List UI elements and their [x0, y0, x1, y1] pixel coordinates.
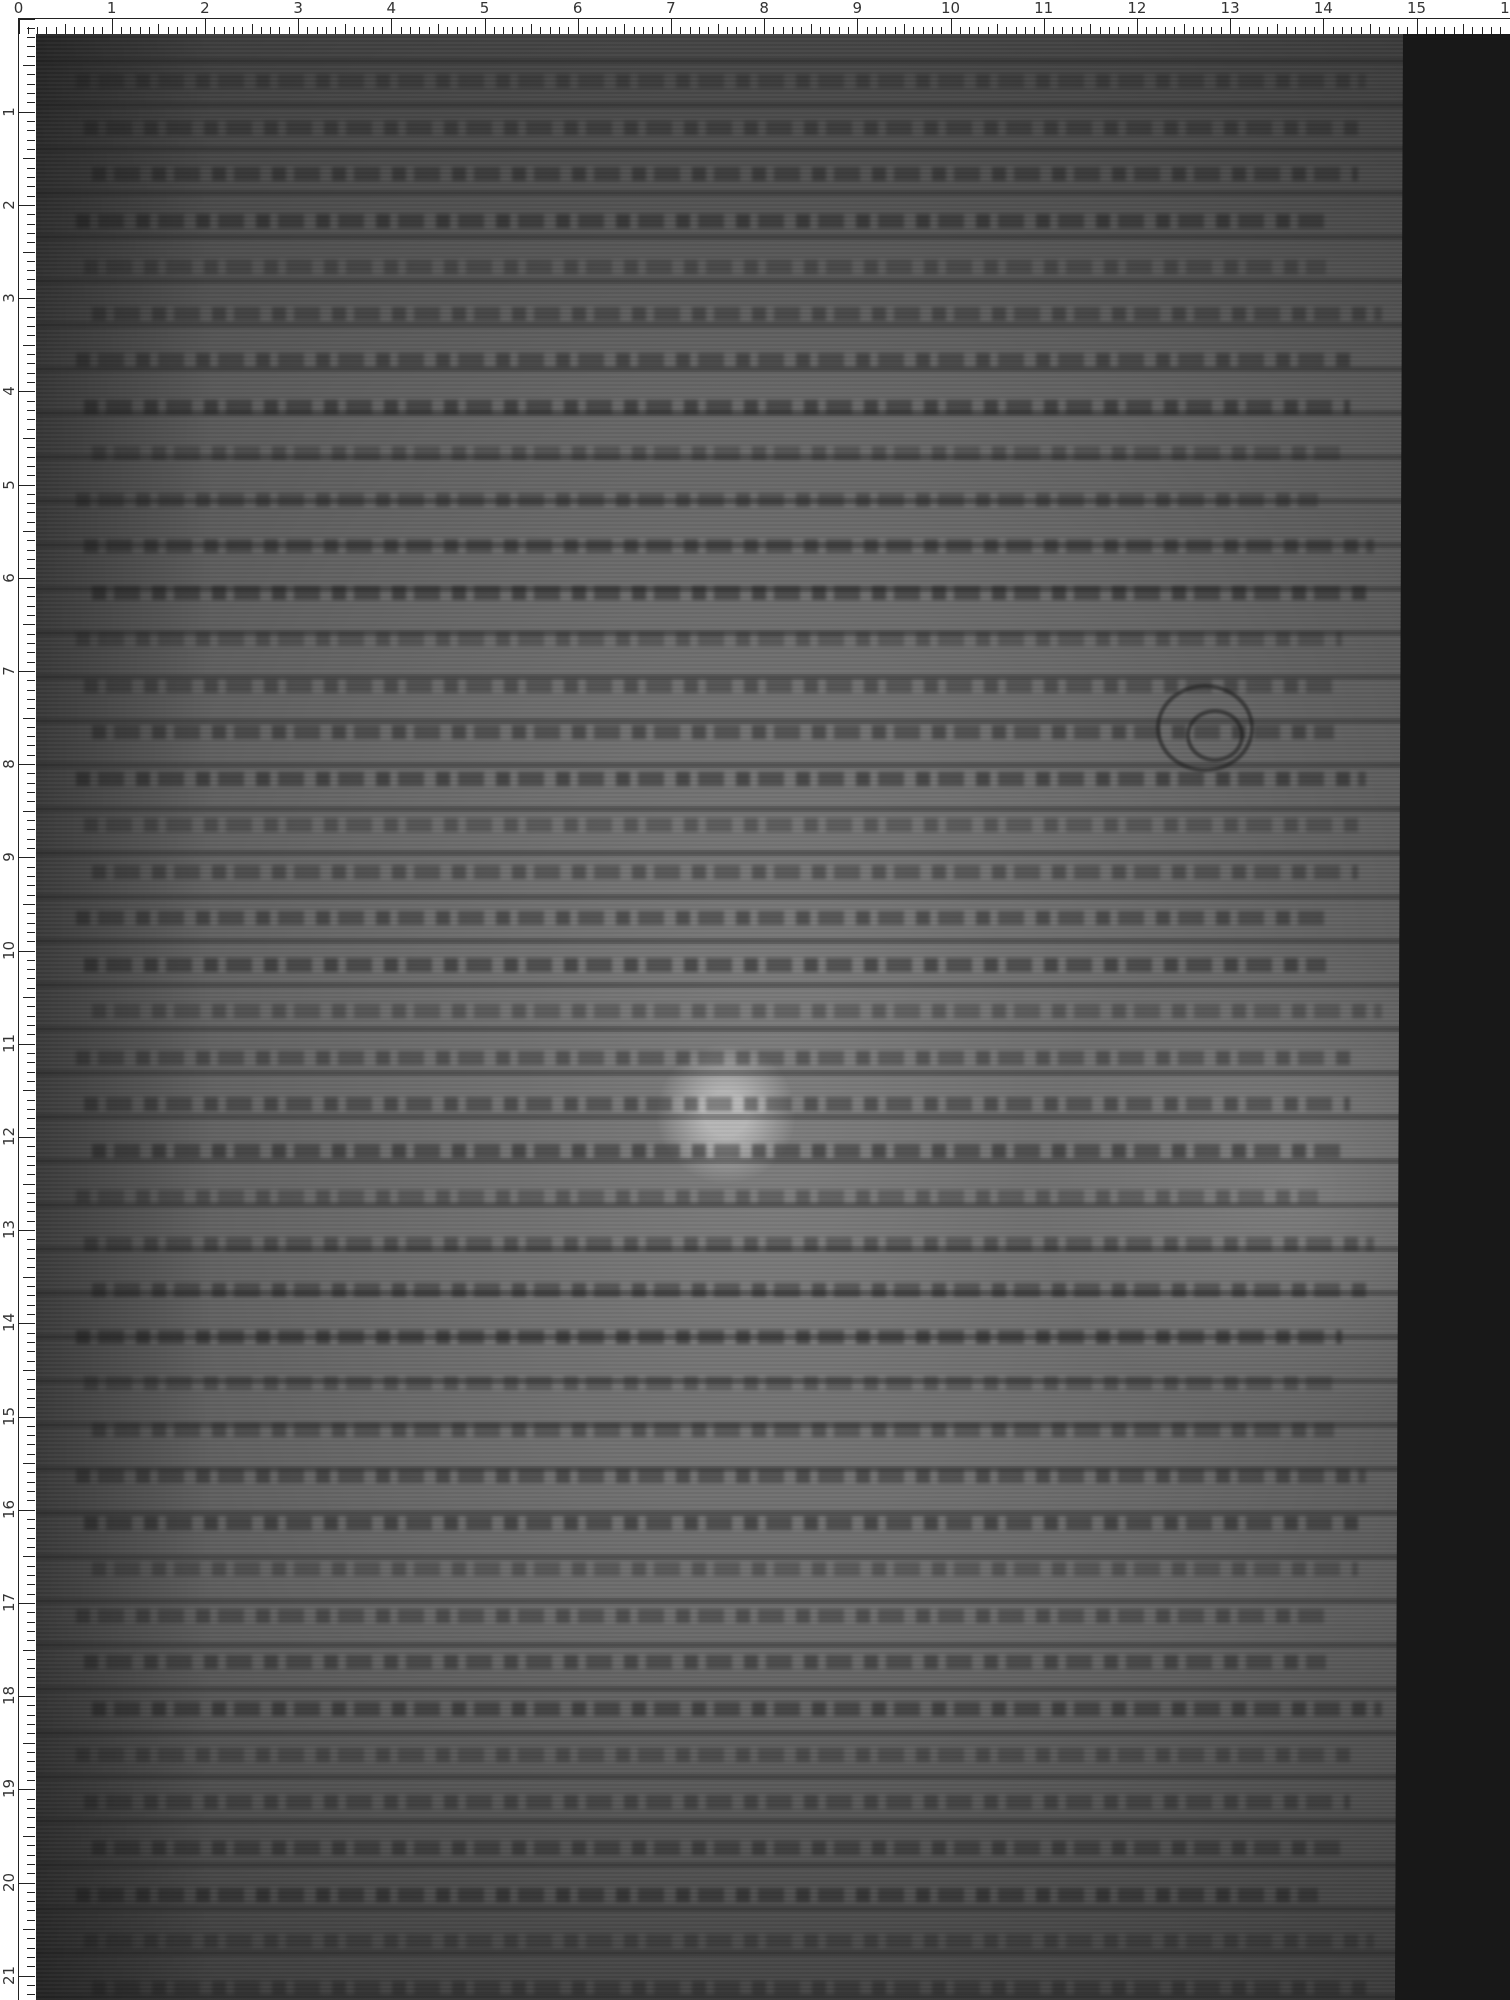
ruler-tick [46, 27, 47, 34]
ruler-tick [1156, 27, 1157, 34]
ruler-tick [466, 27, 467, 34]
ruler-tick [382, 27, 383, 34]
ruler-tick [27, 1100, 35, 1101]
ruler-tick [18, 1044, 35, 1045]
left-ruler-label: 11 [1, 1035, 17, 1053]
ruler-tick [624, 24, 625, 34]
ruler-tick [27, 1724, 35, 1725]
ruler-tick [27, 1500, 35, 1501]
ruler-tick [27, 326, 35, 327]
ruler-tick [298, 19, 299, 34]
ruler-tick [27, 1901, 35, 1902]
ruler-tick [1193, 27, 1194, 34]
top-ruler-label: 4 [387, 0, 397, 16]
ruler-tick [699, 27, 700, 34]
ruler-tick [27, 84, 35, 85]
ruler-tick [1491, 27, 1492, 34]
left-ruler-label: 8 [1, 755, 17, 773]
left-ruler-label: 1 [1, 103, 17, 121]
ruler-tick [27, 1426, 35, 1427]
ruler-tick [419, 27, 420, 34]
handwriting-line [92, 1981, 1370, 1995]
ruler-tick [27, 596, 35, 597]
ruler-tick [27, 867, 35, 868]
ruler-tick [27, 130, 35, 131]
handwriting-line [84, 400, 1350, 414]
ruler-tick [503, 27, 504, 34]
top-ruler-label: 5 [480, 0, 490, 16]
ruler-tick [829, 27, 830, 34]
ruler-tick [27, 447, 35, 448]
ruler-tick [27, 1538, 35, 1539]
ruler-tick [27, 568, 35, 569]
ruler-tick [401, 27, 402, 34]
ruler-tick [27, 615, 35, 616]
handwriting-line [84, 1934, 1374, 1948]
ruler-tick [27, 913, 35, 914]
ruler-tick [27, 1677, 35, 1678]
ruler-tick [18, 578, 35, 579]
ruler-tick [1211, 27, 1212, 34]
top-ruler-label: 3 [293, 0, 303, 16]
ruler-tick [867, 27, 868, 34]
ruler-tick [27, 28, 35, 29]
left-ruler-label: 18 [1, 1687, 17, 1705]
ruler-tick [23, 438, 35, 439]
ruler-tick [27, 419, 35, 420]
manuscript-scan-image [36, 34, 1510, 2000]
ruler-tick [214, 27, 215, 34]
ruler-tick [1137, 19, 1138, 34]
ruler-tick [18, 1230, 35, 1231]
ruler-tick [1370, 24, 1371, 34]
ruler-tick [27, 1221, 35, 1222]
ruler-tick [662, 27, 663, 34]
handwriting-line [84, 1795, 1350, 1809]
ruler-tick [1174, 27, 1175, 34]
ruler-tick [941, 27, 942, 34]
ruler-tick [27, 149, 35, 150]
ruler-tick [988, 27, 989, 34]
ruler-tick [913, 27, 914, 34]
ruler-tick [27, 1622, 35, 1623]
handwriting-line [84, 539, 1374, 553]
top-ruler-label: 0 [14, 0, 24, 16]
ruler-tick [196, 27, 197, 34]
handwriting-line [76, 1330, 1342, 1344]
ruler-tick [1417, 19, 1418, 34]
handwriting-line [76, 493, 1318, 507]
ruler-tick [27, 1948, 35, 1949]
ruler-tick [27, 1156, 35, 1157]
handwriting-line [84, 260, 1326, 274]
ruler-tick [27, 1295, 35, 1296]
ruler-tick [23, 624, 35, 625]
handwriting-line [84, 679, 1338, 693]
ruler-tick [27, 1165, 35, 1166]
ruler-tick [27, 820, 35, 821]
ruler-tick [27, 410, 35, 411]
handwriting-line [76, 74, 1366, 88]
ruler-tick [27, 1519, 35, 1520]
ruler-tick [848, 27, 849, 34]
left-ruler-label: 13 [1, 1221, 17, 1239]
left-ruler-label: 3 [1, 289, 17, 307]
ruler-tick [1109, 27, 1110, 34]
handwriting-line [92, 1423, 1334, 1437]
ruler-tick [27, 363, 35, 364]
ruler-tick [1034, 27, 1035, 34]
ruler-tick [27, 373, 35, 374]
ruler-tick [27, 224, 35, 225]
ruler-tick [615, 27, 616, 34]
ruler-tick [23, 345, 35, 346]
ruler-tick [27, 988, 35, 989]
ruler-tick [522, 27, 523, 34]
left-ruler-label: 2 [1, 196, 17, 214]
handwriting-line [76, 214, 1330, 228]
ruler-tick [27, 652, 35, 653]
ruler-tick [1072, 27, 1073, 34]
ruler-tick [27, 1873, 35, 1874]
left-ruler-label: 19 [1, 1780, 17, 1798]
top-ruler-label: 7 [666, 0, 676, 16]
ruler-tick [27, 1146, 35, 1147]
ruler-tick [102, 27, 103, 34]
ruler-tick [205, 19, 206, 34]
ruler-tick [1202, 27, 1203, 34]
ruler-tick [27, 1966, 35, 1967]
ruler-tick [27, 848, 35, 849]
ruler-tick [84, 27, 85, 34]
handwriting-line [92, 167, 1358, 181]
ruler-tick [345, 24, 346, 34]
ruler-tick [23, 252, 35, 253]
ruler-tick [27, 690, 35, 691]
ruler-tick [23, 1556, 35, 1557]
ruler-tick [27, 1845, 35, 1846]
ruler-tick [27, 634, 35, 635]
handwriting-line [84, 818, 1362, 832]
handwriting-line [84, 121, 1362, 135]
ruler-tick [252, 24, 253, 34]
ruler-tick [18, 391, 35, 392]
ruler-tick [23, 1836, 35, 1837]
ruler-tick [27, 895, 35, 896]
ruler-tick [27, 606, 35, 607]
ruler-tick [373, 27, 374, 34]
ruler-tick [19, 19, 20, 34]
ruler-tick [27, 1584, 35, 1585]
ruler-tick [27, 1174, 35, 1175]
handwriting-line [84, 1097, 1350, 1111]
ruler-tick [457, 27, 458, 34]
ruler-tick [27, 168, 35, 169]
ruler-tick [587, 27, 588, 34]
ruler-tick [23, 1650, 35, 1651]
handwriting-line [84, 1376, 1338, 1390]
handwriting-line [92, 1004, 1382, 1018]
ruler-tick [27, 74, 35, 75]
ruler-tick [18, 1323, 35, 1324]
ruler-tick [27, 522, 35, 523]
ruler-tick [606, 27, 607, 34]
ruler-tick [429, 27, 430, 34]
ruler-tick [270, 27, 271, 34]
handwriting-line [92, 1144, 1346, 1158]
ruler-tick [27, 1454, 35, 1455]
ruler-tick [718, 24, 719, 34]
ruler-tick [895, 27, 896, 34]
ruler-tick [783, 27, 784, 34]
ruler-tick [27, 1351, 35, 1352]
ruler-tick [792, 27, 793, 34]
top-ruler-label: 10 [941, 0, 960, 16]
ruler-tick [27, 1062, 35, 1063]
ruler-tick [27, 335, 35, 336]
ruler-tick [121, 27, 122, 34]
ruler-tick [820, 27, 821, 34]
ruler-tick [27, 121, 35, 122]
ruler-tick [680, 27, 681, 34]
ruler-tick [27, 270, 35, 271]
ruler-tick [27, 1752, 35, 1753]
ruler-tick [261, 27, 262, 34]
ruler-tick [27, 1566, 35, 1567]
ruler-tick [27, 1118, 35, 1119]
ruler-tick [27, 1594, 35, 1595]
ruler-tick [27, 1864, 35, 1865]
ruler-tick [27, 233, 35, 234]
ruler-tick [27, 1528, 35, 1529]
ruler-tick [27, 745, 35, 746]
ruler-tick [27, 1761, 35, 1762]
ruler-tick [27, 1482, 35, 1483]
ruler-tick [27, 1985, 35, 1986]
ruler-tick [18, 19, 35, 20]
ruler-tick [27, 354, 35, 355]
ruler-tick [158, 24, 159, 34]
ruler-tick [27, 46, 35, 47]
ruler-tick [27, 1994, 35, 1995]
ruler-tick [27, 1799, 35, 1800]
ruler-tick [65, 24, 66, 34]
ruler-tick [18, 1510, 35, 1511]
ruler-tick [1081, 27, 1082, 34]
ruler-tick [27, 1128, 35, 1129]
handwriting-line [92, 725, 1334, 739]
handwriting-line [76, 632, 1342, 646]
ruler-tick [1361, 27, 1362, 34]
ruler-tick [1472, 27, 1473, 34]
ruler-tick [578, 19, 579, 34]
ruler-tick [177, 27, 178, 34]
ruler-tick [242, 27, 243, 34]
ruler-tick [550, 27, 551, 34]
ruler-tick [1379, 27, 1380, 34]
ruler-tick [27, 801, 35, 802]
ruler-tick [876, 27, 877, 34]
handwriting-line [76, 772, 1366, 786]
top-ruler-label: 12 [1127, 0, 1146, 16]
ruler-tick [27, 279, 35, 280]
top-ruler-label: 15 [1407, 0, 1426, 16]
ruler-tick [1016, 27, 1017, 34]
ruler-tick [540, 27, 541, 34]
ruler-tick [307, 27, 308, 34]
ruler-tick [27, 317, 35, 318]
handwriting-line [76, 1609, 1330, 1623]
ruler-border-left [18, 18, 19, 2000]
ruler-tick [27, 1053, 35, 1054]
handwriting-line [76, 1051, 1354, 1065]
ruler-tick [1239, 27, 1240, 34]
ruler-tick [1500, 27, 1501, 34]
ruler-tick [1267, 27, 1268, 34]
handwriting-line [76, 1469, 1366, 1483]
ruler-tick [27, 839, 35, 840]
ruler-tick [27, 1817, 35, 1818]
ruler-tick [317, 27, 318, 34]
ruler-tick [18, 1883, 35, 1884]
ruler-tick [857, 19, 858, 34]
ruler-tick [1221, 27, 1222, 34]
ruler-tick [27, 102, 35, 103]
ruler-tick [186, 27, 187, 34]
handwriting-line [84, 1516, 1362, 1530]
ruler-tick [18, 1603, 35, 1604]
ruler-tick [27, 1258, 35, 1259]
ruler-tick [27, 1612, 35, 1613]
ruler-tick [27, 643, 35, 644]
ruler-tick [23, 718, 35, 719]
ruler-tick [27, 214, 35, 215]
ruler-tick [27, 37, 35, 38]
ruler-tick [1435, 27, 1436, 34]
ruler-tick [27, 1715, 35, 1716]
ruler-tick [27, 289, 35, 290]
ruler-tick [27, 1249, 35, 1250]
ruler-tick [27, 1687, 35, 1688]
ruler-tick [773, 27, 774, 34]
ruler-tick [764, 19, 765, 34]
ruler-tick [27, 662, 35, 663]
ruler-tick [568, 27, 569, 34]
ruler-tick [27, 792, 35, 793]
handwriting-line [92, 307, 1382, 321]
ruler-tick [1333, 27, 1334, 34]
ruler-tick [1118, 27, 1119, 34]
ruler-tick [27, 93, 35, 94]
ruler-tick [23, 811, 35, 812]
left-ruler-label: 9 [1, 848, 17, 866]
ruler-tick [27, 1444, 35, 1445]
ruler-tick [27, 140, 35, 141]
ruler-tick [447, 27, 448, 34]
ruler-tick [27, 1910, 35, 1911]
ruler-tick [56, 27, 57, 34]
ruler-tick [18, 857, 35, 858]
ruler-tick [18, 1137, 35, 1138]
ruler-tick [27, 550, 35, 551]
ruler-tick [801, 27, 802, 34]
ink-flourish [1186, 709, 1244, 762]
ruler-tick [23, 1463, 35, 1464]
ruler-tick [512, 27, 513, 34]
ruler-tick [27, 1668, 35, 1669]
ruler-tick [18, 1417, 35, 1418]
ruler-tick [410, 27, 411, 34]
ruler-tick [27, 876, 35, 877]
ruler-tick [27, 755, 35, 756]
ruler-tick [27, 1267, 35, 1268]
left-ruler-label: 10 [1, 942, 17, 960]
handwriting-line [92, 1702, 1382, 1716]
ruler-tick [1062, 27, 1063, 34]
ruler-tick [27, 466, 35, 467]
ruler-tick [27, 932, 35, 933]
ruler-tick [27, 261, 35, 262]
ruler-tick [978, 27, 979, 34]
ruler-tick [1463, 24, 1464, 34]
ruler-tick [494, 27, 495, 34]
ruler-tick [326, 27, 327, 34]
ruler-tick [1165, 27, 1166, 34]
ruler-tick [335, 27, 336, 34]
ruler-tick [27, 1771, 35, 1772]
left-ruler-label: 15 [1, 1408, 17, 1426]
ruler-tick [1444, 27, 1445, 34]
handwriting-line [84, 1237, 1374, 1251]
ruler-tick [643, 27, 644, 34]
ruler-tick [27, 1193, 35, 1194]
ruler-tick [23, 1929, 35, 1930]
ruler-tick [18, 951, 35, 952]
handwriting-line [92, 446, 1346, 460]
ruler-tick [27, 969, 35, 970]
ruler-tick [18, 1976, 35, 1977]
top-ruler-label: 13 [1221, 0, 1240, 16]
ruler-tick [27, 429, 35, 430]
ruler-tick [652, 27, 653, 34]
left-ruler-label: 20 [1, 1874, 17, 1892]
ruler-tick [960, 27, 961, 34]
left-ruler-label: 5 [1, 476, 17, 494]
ruler-tick [27, 177, 35, 178]
ruler-tick [27, 382, 35, 383]
ruler-tick [708, 27, 709, 34]
ruler-tick [1454, 27, 1455, 34]
ruler-tick [531, 24, 532, 34]
ruler-tick [27, 978, 35, 979]
ruler-tick [27, 885, 35, 886]
ruler-tick [1426, 27, 1427, 34]
ruler-tick [27, 1025, 35, 1026]
ruler-tick [74, 27, 75, 34]
ruler-tick [23, 158, 35, 159]
ruler-tick [23, 1184, 35, 1185]
handwriting-line [92, 865, 1358, 879]
top-ruler-label: 2 [200, 0, 210, 16]
ruler-tick [27, 1808, 35, 1809]
ruler-tick [279, 27, 280, 34]
ruler-tick [27, 1034, 35, 1035]
ruler-tick [18, 485, 35, 486]
ruler-tick [27, 1407, 35, 1408]
ruler-tick [811, 24, 812, 34]
ruler-tick [1249, 27, 1250, 34]
ruler-tick [1389, 27, 1390, 34]
